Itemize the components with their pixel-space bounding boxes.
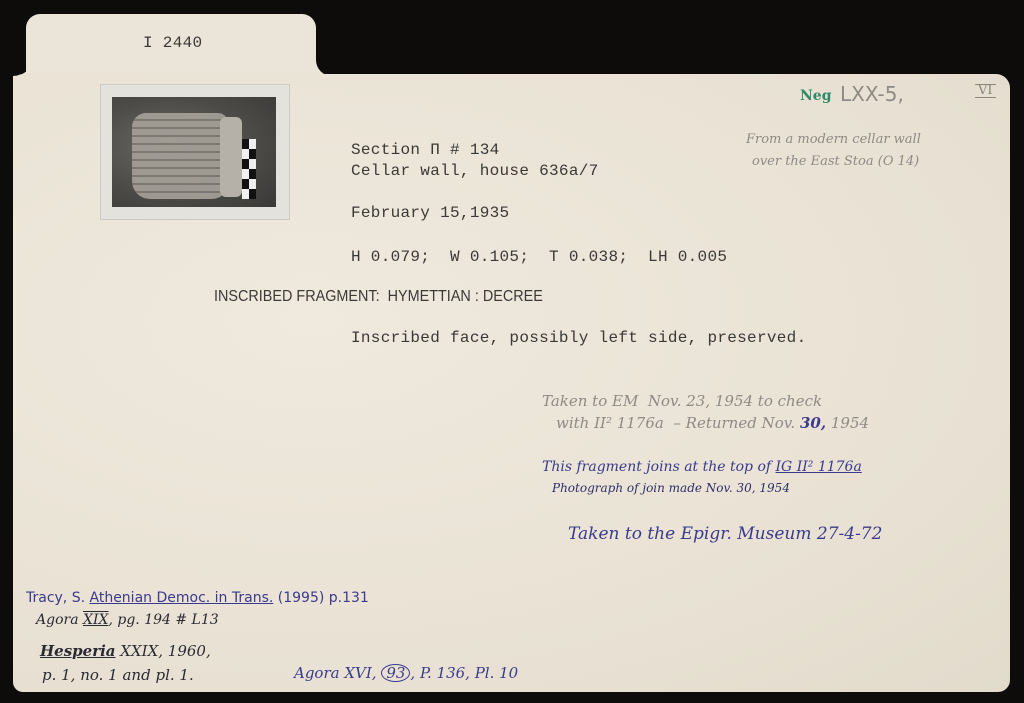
bib-hesperia-line2: p. 1, no. 1 and pl. 1. xyxy=(42,666,194,684)
stone-fragment-image xyxy=(132,113,228,199)
inventory-number: I 2440 xyxy=(143,34,202,52)
em-note-line1: Taken to EM Nov. 23, 1954 to check xyxy=(542,392,822,410)
findspot-note-line1: From a modern cellar wall xyxy=(746,132,921,147)
fragment-photo xyxy=(112,97,276,207)
find-date: February 15,1935 xyxy=(351,204,509,222)
join-note-line1: This fragment joins at the top of IG II²… xyxy=(542,459,862,475)
bib-agora-xix: Agora XIX, pg. 194 # L13 xyxy=(36,612,219,628)
join-note-line2: Photograph of join made Nov. 30, 1954 xyxy=(552,481,790,495)
description: Inscribed face, possibly left side, pres… xyxy=(351,329,806,347)
bib-hesperia: Hesperia XXIX, 1960, xyxy=(40,642,211,660)
negative-stamp-label: Neg xyxy=(800,88,832,104)
section-number: Section Π # 134 xyxy=(351,141,500,159)
circled-catalog-number: 93 xyxy=(381,664,410,682)
dimensions: H 0.079; W 0.105; T 0.038; LH 0.005 xyxy=(351,248,727,266)
bib-tracy: Tracy, S. Athenian Democ. in Trans. (199… xyxy=(26,590,369,606)
em-note-line2: with II² 1176a – Returned Nov. 30, 1954 xyxy=(556,414,869,432)
scale-bar-icon xyxy=(242,139,256,199)
museum-note: Taken to the Epigr. Museum 27-4-72 xyxy=(568,524,882,544)
findspot: Cellar wall, house 636a/7 xyxy=(351,162,599,180)
negative-number: LXX-5, xyxy=(840,82,904,106)
corner-roman-numeral: VI xyxy=(975,84,996,98)
bib-agora-xvi: Agora XVI, 93, P. 136, Pl. 10 xyxy=(294,664,518,682)
classification: INSCRIBED FRAGMENT: HYMETTIAN : DECREE xyxy=(214,288,543,306)
photo-mount xyxy=(100,84,290,220)
findspot-note-line2: over the East Stoa (O 14) xyxy=(752,154,919,169)
stone-side-image xyxy=(220,117,242,197)
